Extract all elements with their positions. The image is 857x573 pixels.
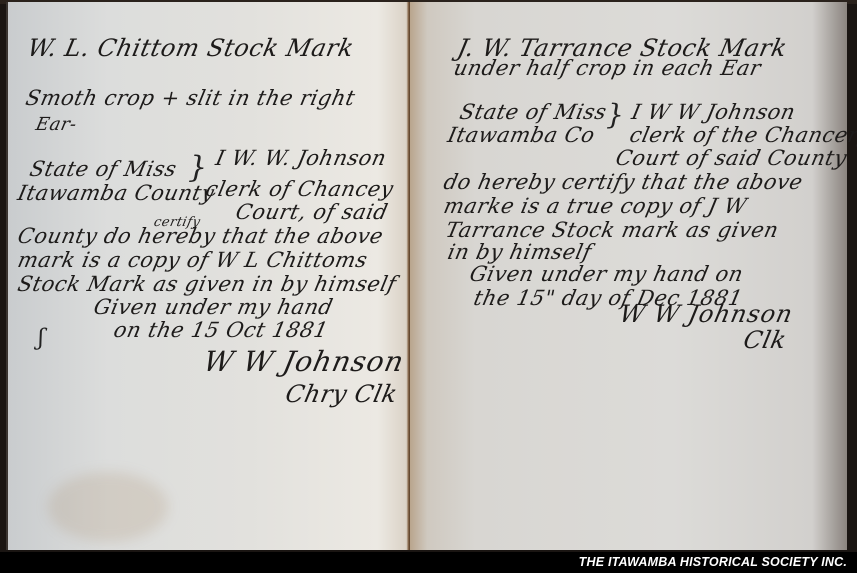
left-page-title: W. L. Chittom Stock Mark xyxy=(25,36,356,60)
right-mark-description: under half crop in each Ear xyxy=(452,58,763,79)
left-mark-description-cont: Ear- xyxy=(34,116,78,134)
brace-mark: } xyxy=(606,98,624,131)
right-given-line1: Given under my hand on xyxy=(468,264,745,285)
right-body-line4: in by himself xyxy=(446,242,594,263)
right-clerk-line2: clerk of the Chancery xyxy=(628,125,857,146)
left-page: W. L. Chittom Stock Mark Smoth crop + sl… xyxy=(6,2,410,550)
right-signature-title: Clk xyxy=(741,328,788,352)
left-body-line3: Stock Mark as given in by himself xyxy=(16,274,398,295)
left-given-line1: Given under my hand xyxy=(92,297,335,318)
right-page: J. W. Tarrance Stock Mark under half cro… xyxy=(410,2,847,550)
right-signature-name: W W Johnson xyxy=(617,302,795,326)
left-county-line: Itawamba County xyxy=(16,183,216,204)
right-body-line1: do hereby certify that the above xyxy=(442,172,805,193)
ink-flourish: ʃ xyxy=(38,326,44,351)
ledger-photo: W. L. Chittom Stock Mark Smoth crop + sl… xyxy=(0,0,857,552)
brace-mark: } xyxy=(188,150,207,185)
left-signature-name: W W Johnson xyxy=(201,348,407,376)
right-clerk-line3: Court of said County xyxy=(614,148,849,169)
caption-bar: THE ITAWAMBA HISTORICAL SOCIETY INC. xyxy=(0,552,857,573)
left-clerk-line2: clerk of Chancey xyxy=(204,179,396,200)
right-state-line: State of Miss xyxy=(458,102,609,123)
left-signature-title: Chry Clk xyxy=(283,382,399,406)
left-body-line1: County do hereby that the above xyxy=(16,226,385,247)
paper-stain xyxy=(48,472,168,542)
right-clerk-line1: I W W Johnson xyxy=(630,102,798,123)
left-mark-description: Smoth crop + slit in the right xyxy=(24,88,357,109)
right-county-line: Itawamba Co xyxy=(446,125,597,146)
left-clerk-line1: I W. W. Johnson xyxy=(214,148,389,169)
right-body-line2: marke is a true copy of J W xyxy=(442,196,749,217)
left-given-line2: on the 15 Oct 1881 xyxy=(112,320,330,341)
left-clerk-line3: Court, of said xyxy=(234,202,390,223)
left-body-line2: mark is a copy of W L Chittoms xyxy=(16,250,370,271)
watermark-caption: THE ITAWAMBA HISTORICAL SOCIETY INC. xyxy=(579,555,847,569)
right-body-line3: Tarrance Stock mark as given xyxy=(444,220,781,241)
left-state-line: State of Miss xyxy=(28,159,179,180)
